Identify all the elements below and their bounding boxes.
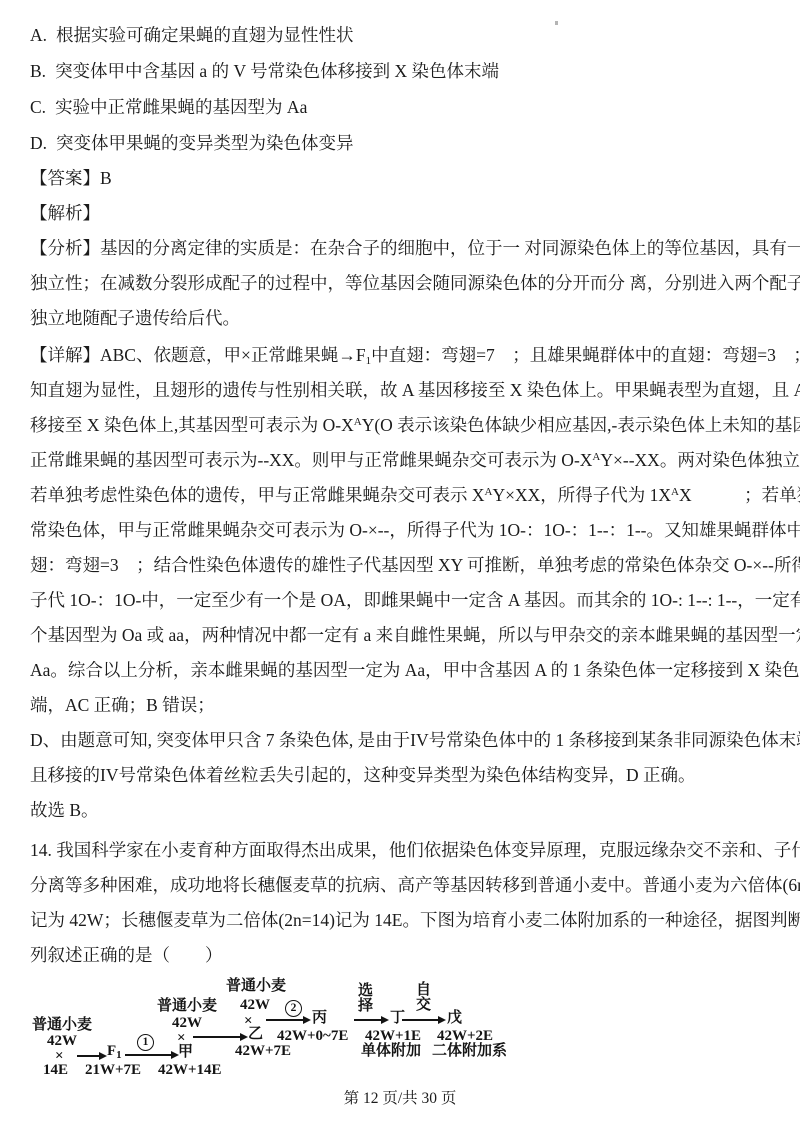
text-line: 端，AC 正确；B 错误； <box>30 688 770 723</box>
ding-note: 单体附加 <box>361 1043 421 1059</box>
step-1-circle: 1 <box>137 1034 154 1051</box>
superscript-a: A <box>354 416 362 428</box>
text-line: 分离等多种困难，成功地将长穗偃麦草的抗病、高产等基因转移到普通小麦中。普通小麦为… <box>30 868 770 903</box>
f1-subscript: 1 <box>116 1049 122 1061</box>
text-line: 知直翅为显性，且翅形的遗传与性别相关联，故 A 基因移接至 X 染色体上。甲果蝇… <box>30 373 770 408</box>
yi-label: 乙 <box>248 1026 263 1042</box>
option-key: C. <box>30 89 46 125</box>
arrow-right-icon <box>193 1036 246 1038</box>
option-text: 突变体甲果蝇的变异类型为染色体变异 <box>56 133 354 153</box>
yi-genome: 42W+7E <box>235 1043 291 1059</box>
text-segment: Y×XX，所得子代为 1X <box>492 485 671 505</box>
option-key: D. <box>30 125 47 161</box>
jia-parent-name: 普通小麦 <box>157 998 217 1014</box>
yi-parent-name: 普通小麦 <box>226 978 286 994</box>
f1-label: F <box>107 1043 116 1059</box>
parent1-genome: 42W <box>47 1033 77 1049</box>
wu-note: 二体附加系 <box>432 1043 507 1059</box>
text-line: 【详解】ABC、依题意，甲×正常雌果蝇→F1中直翅：弯翅=7 ；且雄果蝇群体中的… <box>30 338 770 373</box>
f1-genome: 21W+7E <box>85 1062 141 1078</box>
text-segment: Y×--XX。两对染色体独立遗传， <box>600 450 800 470</box>
text-line: 且移接的IV号常染色体着丝粒丢失引起的，这种变异类型为染色体结构变异，D 正确。 <box>30 758 770 793</box>
text-line: 记为 42W；长穗偃麦草为二倍体(2n=14)记为 14E。下图为培育小麦二体附… <box>30 903 770 938</box>
option-key: B. <box>30 53 46 89</box>
conclusion-line: 故选 B。 <box>30 793 770 828</box>
option-c: C.实验中正常雌果蝇的基因型为 Aa <box>30 89 770 125</box>
option-text: 根据实验可确定果蝇的直翅为显性性状 <box>56 25 354 45</box>
option-text: 突变体甲中含基因 a 的 V 号常染色体移接到 X 染色体末端 <box>55 61 499 81</box>
analysis-header: 【解析】 <box>30 196 770 231</box>
arrow-right-icon <box>354 1019 387 1021</box>
select-label: 选 择 <box>358 984 373 1014</box>
f1-node: F1 <box>107 1043 122 1059</box>
text-segment: 【详解】ABC、依题意，甲×正常雌果蝇→F <box>30 345 366 365</box>
wu-genome: 42W+2E <box>437 1028 493 1044</box>
text-line: 列叙述正确的是（ ） <box>30 938 770 973</box>
arrow-right-icon <box>77 1055 105 1057</box>
answer-label: 【答案】 <box>30 168 100 188</box>
text-line: 独立地随配子遗传给后代。 <box>30 301 770 336</box>
ding-label: 丁 <box>390 1010 405 1026</box>
superscript-a: A <box>671 486 679 498</box>
text-line: D、由题意可知, 突变体甲只含 7 条染色体, 是由于IV号常染色体中的 1 条… <box>30 723 770 758</box>
arrow-right-icon <box>125 1054 177 1056</box>
text-line: 个基因型为 Oa 或 aa，两种情况中都一定有 a 来自雌性果蝇，所以与甲杂交的… <box>30 618 770 653</box>
text-line: 常染色体，甲与正常雌果蝇杂交可表示为 O-×--，所得子代为 1O-：1O-：1… <box>30 513 770 548</box>
wu-label: 戊 <box>447 1010 462 1026</box>
arrow-right-icon <box>266 1019 309 1021</box>
option-b: B.突变体甲中含基因 a 的 V 号常染色体移接到 X 染色体末端 <box>30 53 770 89</box>
detail-paragraph: 【详解】ABC、依题意，甲×正常雌果蝇→F1中直翅：弯翅=7 ；且雄果蝇群体中的… <box>30 338 770 723</box>
jia-label: 甲 <box>178 1044 193 1060</box>
analysis-paragraph: 【分析】基因的分离定律的实质是：在杂合子的细胞中，位于一 对同源染色体上的等位基… <box>30 231 770 336</box>
option-key: A. <box>30 17 47 53</box>
bing-label: 丙 <box>312 1010 327 1026</box>
jia-parent-genome: 42W <box>172 1015 202 1031</box>
parent1-name: 普通小麦 <box>32 1017 92 1033</box>
option-d-paragraph: D、由题意可知, 突变体甲只含 7 条染色体, 是由于IV号常染色体中的 1 条… <box>30 723 770 793</box>
text-segment: 移接至 X 染色体上,其基因型可表示为 O-X <box>30 415 354 435</box>
breeding-diagram: 普通小麦 42W × 14E F1 21W+7E 1 普通小麦 42W × 甲 … <box>30 976 770 1080</box>
answer-value: B <box>100 168 112 188</box>
options-list: A.根据实验可确定果蝇的直翅为显性性状 B.突变体甲中含基因 a 的 V 号常染… <box>30 17 770 161</box>
text-segment: X ；若单独考虑 <box>679 485 800 505</box>
option-a: A.根据实验可确定果蝇的直翅为显性性状 <box>30 17 770 53</box>
bing-genome: 42W+0~7E <box>277 1028 348 1044</box>
scan-artifact-dot <box>555 21 558 25</box>
option-text: 实验中正常雌果蝇的基因型为 Aa <box>55 97 307 117</box>
page-number-footer: 第 12 页/共 30 页 <box>30 1088 770 1110</box>
text-line: 移接至 X 染色体上,其基因型可表示为 O-XAY(O 表示该染色体缺少相应基因… <box>30 408 770 443</box>
answer-line: 【答案】B <box>30 161 770 196</box>
option-d: D.突变体甲果蝇的变异类型为染色体变异 <box>30 125 770 161</box>
document-page: A.根据实验可确定果蝇的直翅为显性性状 B.突变体甲中含基因 a 的 V 号常染… <box>0 0 800 1128</box>
text-line: 子代 1O-：1O-中，一定至少有一个是 OA，即雌果蝇中一定含 A 基因。而其… <box>30 583 770 618</box>
yi-parent-genome: 42W <box>240 997 270 1013</box>
selfing-label: 自 交 <box>416 983 431 1013</box>
arrow-right-icon <box>402 1019 444 1021</box>
text-segment: 正常雌果蝇的基因型可表示为--XX。则甲与正常雌果蝇杂交可表示为 O-X <box>30 450 592 470</box>
question-14: 14. 我国科学家在小麦育种方面取得杰出成果，他们依据染色体变异原理，克服远缘杂… <box>30 833 770 973</box>
text-line: 翅：弯翅=3 ；结合性染色体遗传的雄性子代基因型 XY 可推断，单独考虑的常染色… <box>30 548 770 583</box>
jia-genome: 42W+14E <box>158 1062 222 1078</box>
text-line: 【分析】基因的分离定律的实质是：在杂合子的细胞中，位于一 对同源染色体上的等位基… <box>30 231 770 266</box>
text-segment: 若单独考虑性染色体的遗传，甲与正常雌果蝇杂交可表示 X <box>30 485 485 505</box>
text-line: 独立性；在减数分裂形成配子的过程中，等位基因会随同源染色体的分开而分 离，分别进… <box>30 266 770 301</box>
text-segment: Y(O 表示该染色体缺少相应基因,-表示染色体上未知的基因)， <box>362 415 800 435</box>
text-line: 14. 我国科学家在小麦育种方面取得杰出成果，他们依据染色体变异原理，克服远缘杂… <box>30 833 770 868</box>
text-line: Aa。综合以上分析，亲本雌果蝇的基因型一定为 Aa，甲中含基因 A 的 1 条染… <box>30 653 770 688</box>
text-line: 正常雌果蝇的基因型可表示为--XX。则甲与正常雌果蝇杂交可表示为 O-XAY×-… <box>30 443 770 478</box>
text-segment: 中直翅：弯翅=7 ；且雄果蝇群体中的直翅：弯翅=3 ；可 <box>371 345 800 365</box>
ding-genome: 42W+1E <box>365 1028 421 1044</box>
text-line: 若单独考虑性染色体的遗传，甲与正常雌果蝇杂交可表示 XAY×XX，所得子代为 1… <box>30 478 770 513</box>
step-2-circle: 2 <box>285 1000 302 1017</box>
parent2-genome: 14E <box>43 1062 68 1078</box>
